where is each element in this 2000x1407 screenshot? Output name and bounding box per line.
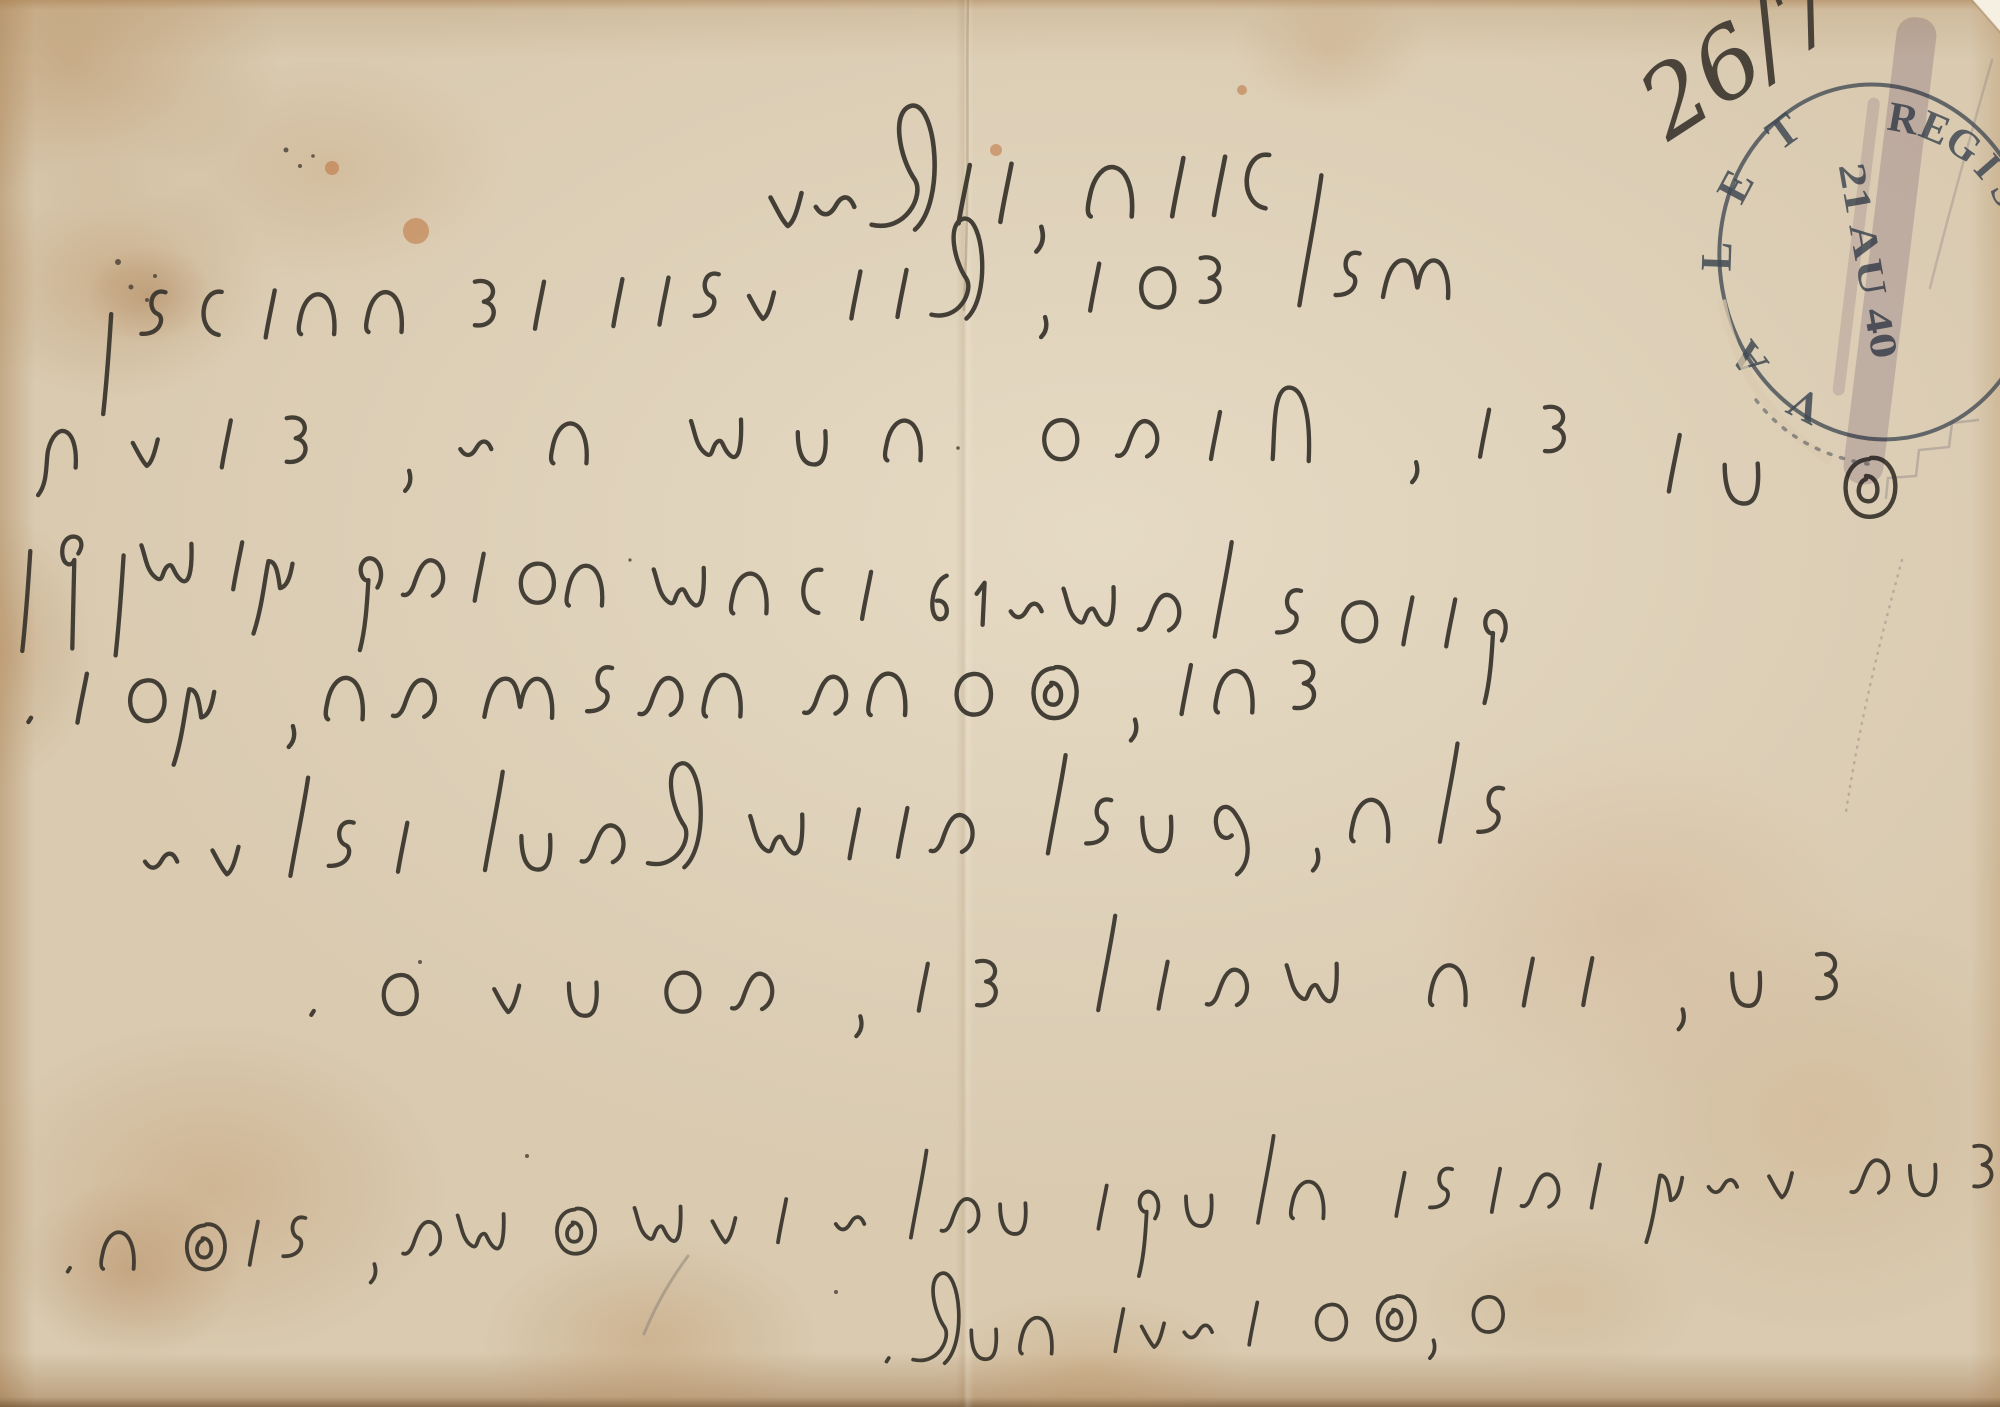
artwork-layer: 26/7 REGIST TELAV 21 AU 40 — [0, 0, 2000, 1407]
ink-speck — [129, 285, 134, 290]
handwriting-line-8 — [887, 1273, 1504, 1363]
ink-speck — [284, 148, 289, 153]
ink-speck — [145, 298, 149, 302]
rust-spot — [325, 161, 339, 175]
rust-spot — [403, 218, 429, 244]
ink-speck — [418, 960, 422, 964]
ink-speck — [525, 1154, 529, 1158]
ink-speck — [115, 259, 121, 265]
handwriting-line-7 — [68, 1136, 1992, 1283]
handwriting-salutation — [771, 106, 1270, 252]
handwriting-line-5 — [145, 744, 1503, 876]
ink-speck — [311, 154, 315, 158]
ink-speck — [956, 446, 960, 450]
rust-spot — [1237, 85, 1247, 95]
handwriting-layer — [22, 106, 1991, 1364]
ink-speck — [153, 274, 157, 278]
handwriting-line-3 — [22, 537, 1505, 703]
pencil-date-annotation: 26/7 — [1619, 0, 1862, 162]
ink-speck — [834, 1290, 838, 1294]
handwriting-line-6 — [311, 916, 1836, 1036]
ink-speck — [628, 558, 631, 561]
postcard-photo: 26/7 REGIST TELAV 21 AU 40 — [0, 0, 2000, 1407]
fold-crease — [964, 0, 968, 310]
rust-spot — [990, 144, 1002, 156]
handwriting-line-4 — [28, 662, 1314, 765]
crease-dotted — [1846, 560, 1902, 812]
handwriting-line-2 — [38, 388, 1564, 496]
pencil-stray-mark — [644, 1256, 688, 1334]
ink-speck — [298, 164, 302, 168]
stamp-arc-letter: L — [1692, 241, 1742, 272]
stamp-arc-letter: T — [1757, 103, 1810, 160]
stamp-arc-letter: E — [1707, 162, 1764, 211]
